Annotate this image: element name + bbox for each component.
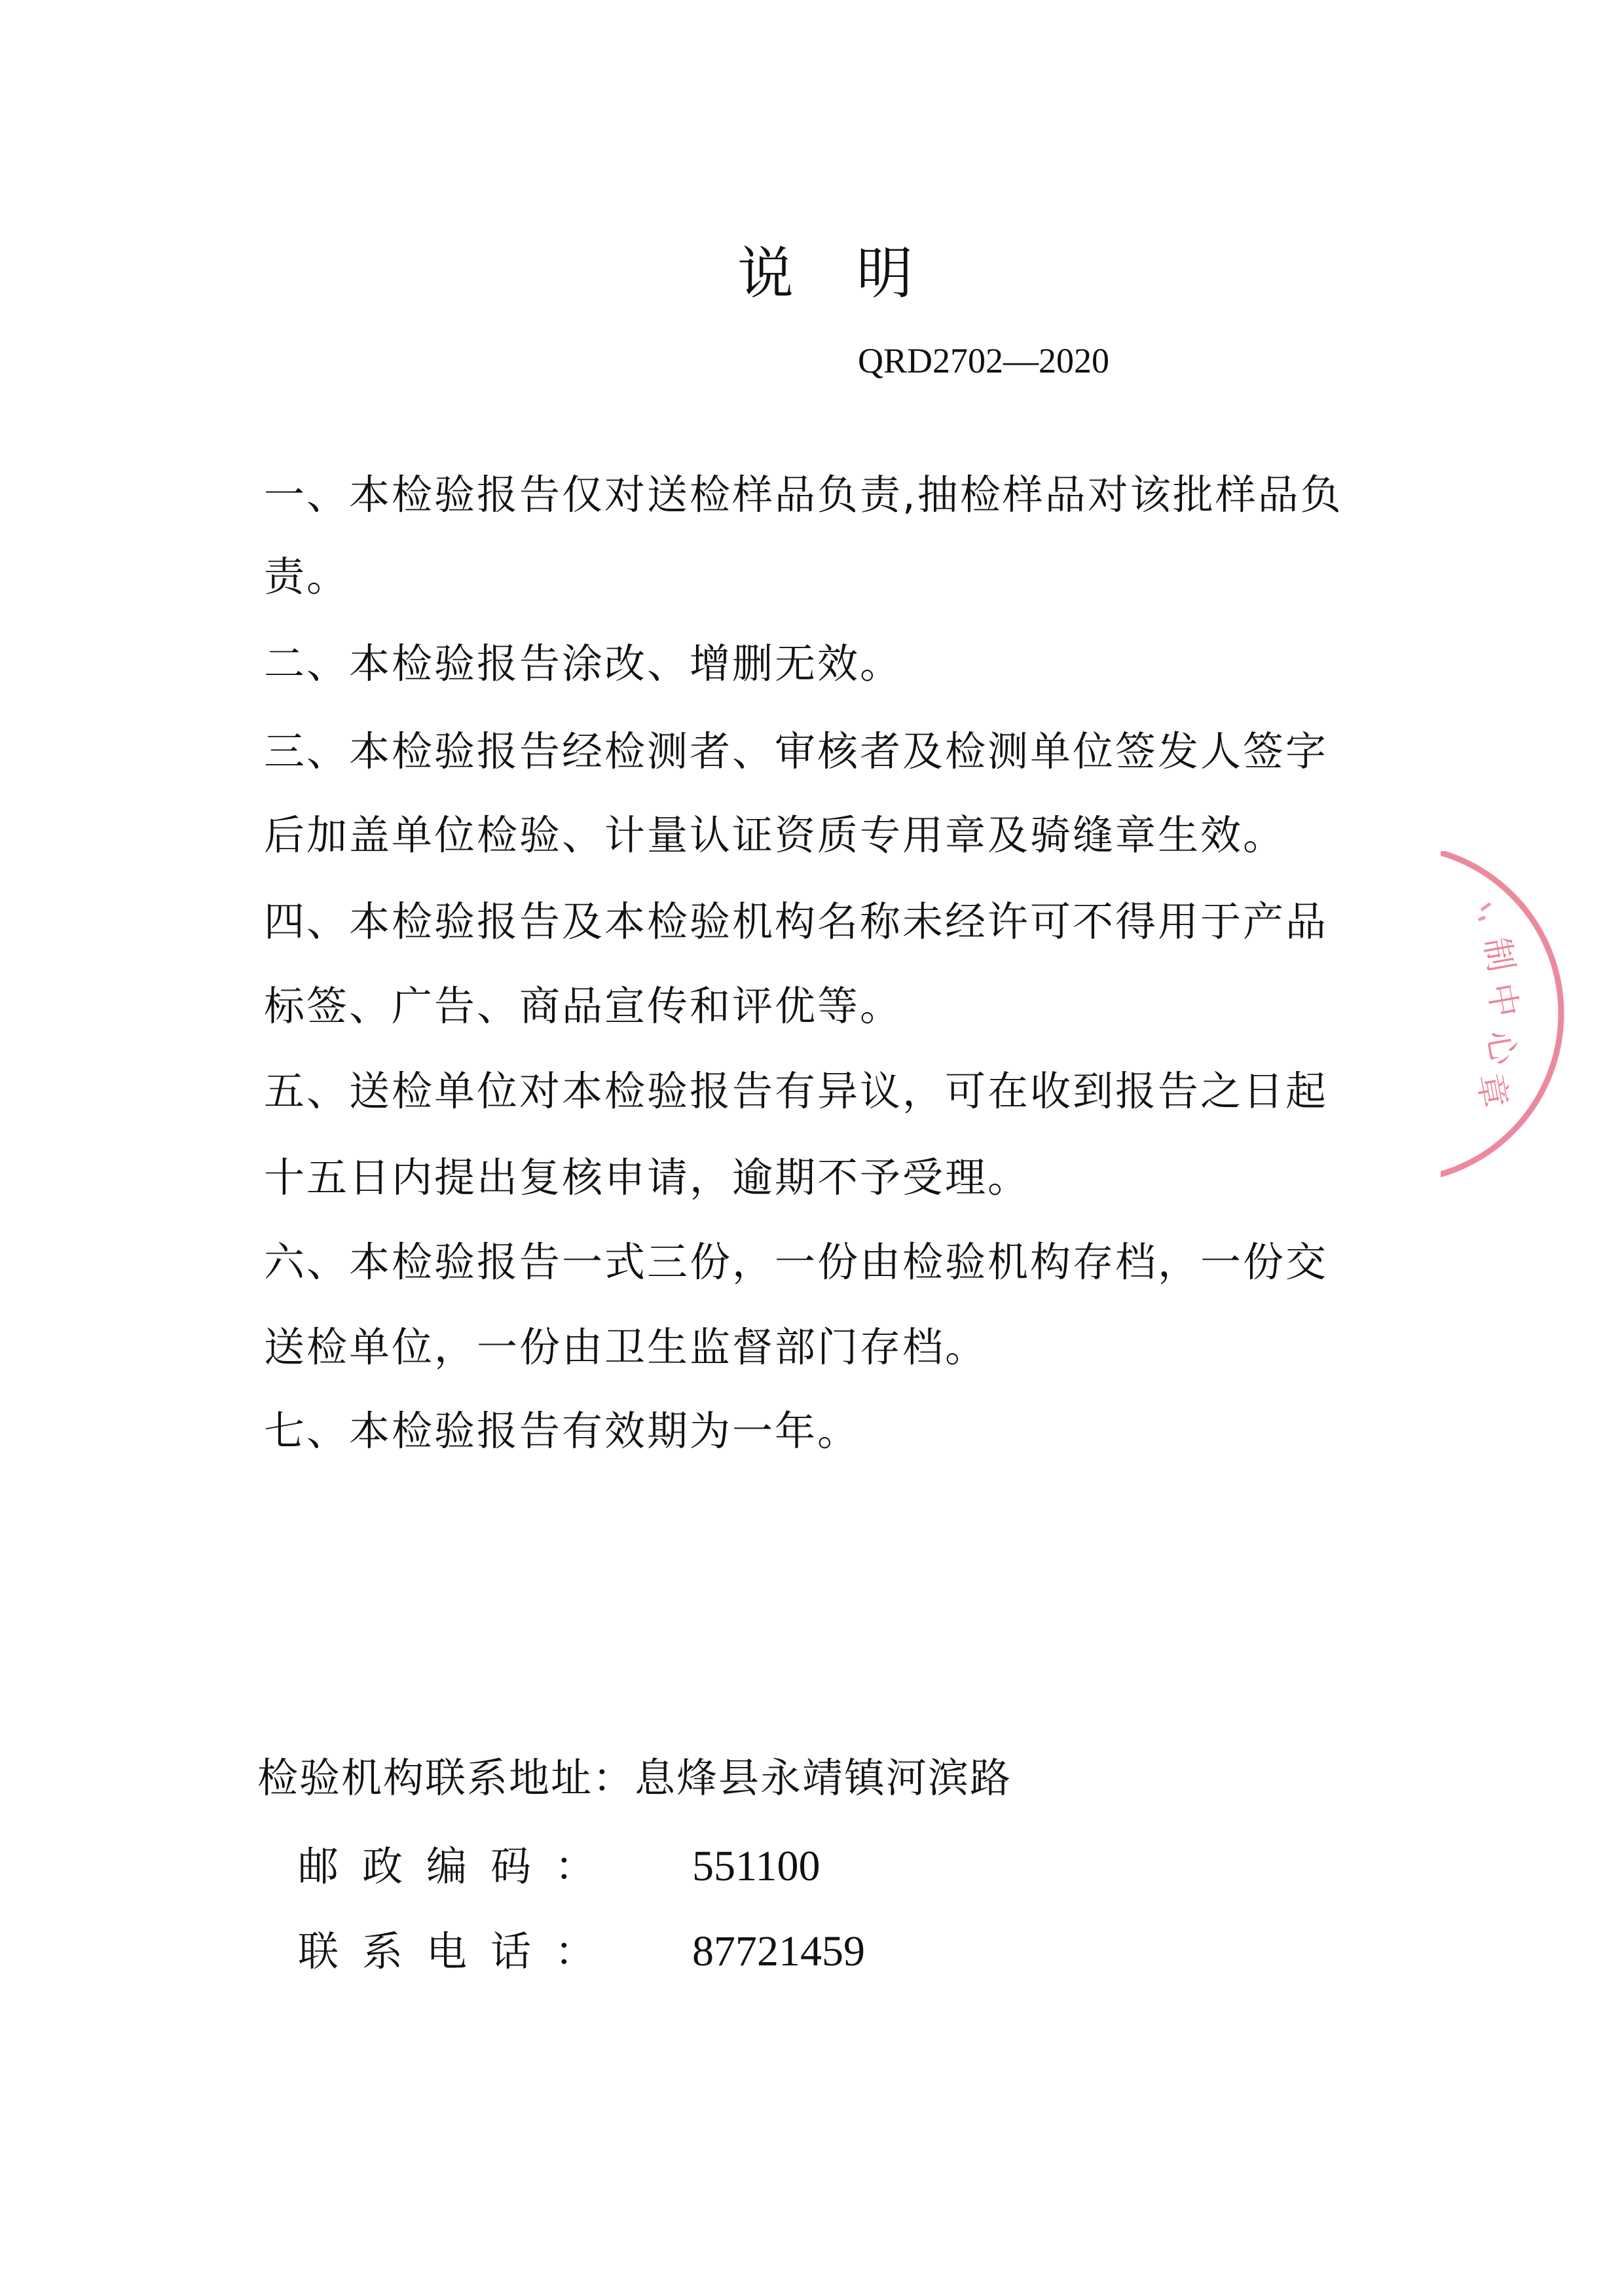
note-4-line-2: 标签、广告、商品宣传和评优等。 — [264, 980, 902, 1032]
postcode-label: 邮政编码： — [298, 1840, 560, 1893]
address-value: 息烽县永靖镇河滨路 — [635, 1754, 1012, 1802]
note-5-line-2: 十五日内提出复核申请，逾期不予受理。 — [264, 1152, 1030, 1204]
note-1-line-2: 责。 — [264, 551, 349, 603]
note-3-line-2: 后加盖单位检验、计量认证资质专用章及骑缝章生效。 — [264, 809, 1285, 862]
note-2-line-1: 二、本检验报告涂改、增删无效。 — [264, 638, 902, 690]
stamp-char-4: 章 — [1472, 1071, 1511, 1110]
phone-value: 87721459 — [692, 1925, 865, 1978]
contact-address: 检验机构联系地址：息烽县永靖镇河滨路 — [257, 1752, 1012, 1804]
title-char-2: 明 — [855, 241, 914, 306]
document-code: QRD2702—2020 — [858, 339, 1109, 382]
note-7-line-1: 七、本检验报告有效期为一年。 — [264, 1405, 860, 1457]
contact-phone: 联系电话： 87721459 — [298, 1925, 560, 1978]
title-char-1: 说 — [736, 241, 795, 306]
contact-postcode: 邮政编码： 551100 — [298, 1840, 560, 1893]
note-5-line-1: 五、送检单位对本检验报告有异议，可在收到报告之日起 — [264, 1065, 1328, 1118]
note-1-line-1: 一、本检验报告仅对送检样品负责,抽检样品对该批样品负 — [264, 469, 1343, 521]
address-label: 检验机构联系地址： — [257, 1754, 635, 1802]
stamp-char-1: 制 — [1479, 935, 1518, 974]
stamp-char-3: 心 — [1481, 1028, 1521, 1067]
note-4-line-1: 四、本检验报告及本检验机构名称未经许可不得用于产品 — [264, 896, 1328, 948]
stamp-char-2: 中 — [1483, 981, 1522, 1020]
note-6-line-2: 送检单位，一份由卫生监督部门存档。 — [264, 1321, 987, 1374]
document-page: 说明 QRD2702—2020 一、本检验报告仅对送检样品负责,抽检样品对该批样… — [0, 0, 1624, 2296]
phone-label: 联系电话： — [298, 1925, 560, 1978]
postcode-value: 551100 — [692, 1840, 821, 1893]
note-6-line-1: 六、本检验报告一式三份，一份由检验机构存档，一份交 — [264, 1236, 1328, 1288]
note-3-line-1: 三、本检验报告经检测者、审核者及检测单位签发人签字 — [264, 725, 1328, 778]
page-title: 说明 — [0, 241, 1624, 306]
